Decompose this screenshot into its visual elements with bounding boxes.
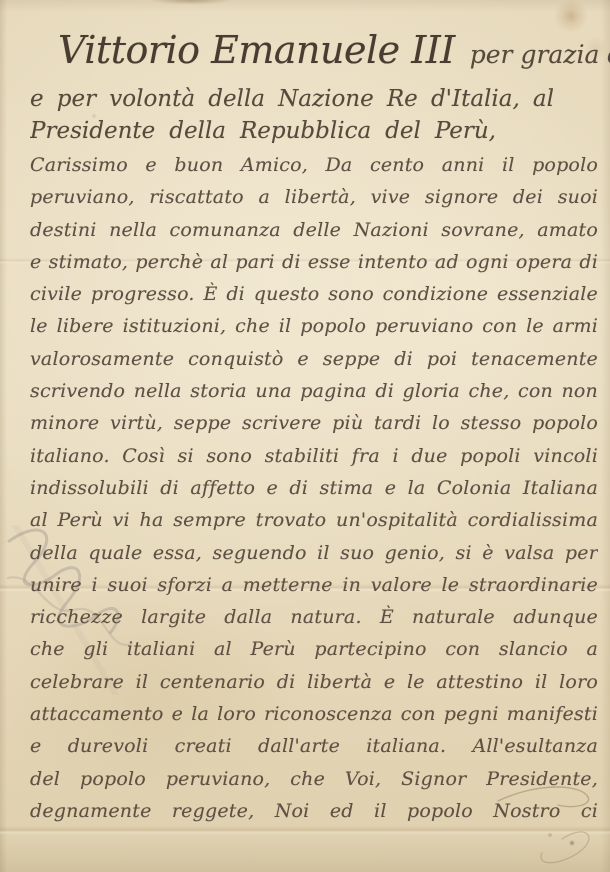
heading-line: Presidente della Repubblica del Perù, sa… bbox=[30, 116, 496, 148]
manuscript-line: indissolubili di affetto e di stima e la… bbox=[30, 472, 598, 504]
manuscript-line: che gli italiani al Perù partecipino con… bbox=[30, 633, 598, 665]
manuscript-line: attaccamento e la loro riconoscenza con … bbox=[30, 698, 598, 730]
manuscript-line: e stimato, perchè al pari di esse intent… bbox=[30, 246, 598, 278]
manuscript-line: e durevoli creati dall'arte italiana. Al… bbox=[30, 730, 598, 762]
manuscript-line: valorosamente conquistò e seppe di poi t… bbox=[30, 343, 598, 375]
letter-page: Vittorio Emanuele III per grazia di Dio … bbox=[0, 0, 610, 872]
manuscript-line: Carissimo e buon Amico, Da cento anni il… bbox=[30, 149, 598, 181]
manuscript-line: minore virtù, seppe scrivere più tardi l… bbox=[30, 407, 598, 439]
paper-tear-mark bbox=[148, 0, 234, 6]
manuscript-line: italiano. Così si sono stabiliti fra i d… bbox=[30, 440, 598, 472]
manuscript-line: del popolo peruviano, che Voi, Signor Pr… bbox=[30, 763, 598, 795]
heading: Vittorio Emanuele III per grazia di Dio bbox=[58, 28, 610, 72]
manuscript-line: civile progresso. È di questo sono condi… bbox=[30, 278, 598, 310]
fold-crease-lower bbox=[0, 826, 610, 835]
manuscript-line: le libere istituzioni, che il popolo per… bbox=[30, 310, 598, 342]
heading-title: Vittorio Emanuele III bbox=[58, 28, 455, 72]
manuscript-line: destini nella comunanza delle Nazioni so… bbox=[30, 214, 598, 246]
letter-body: Carissimo e buon Amico, Da cento anni il… bbox=[30, 149, 598, 827]
manuscript-line: ricchezze largite dalla natura. È natura… bbox=[30, 601, 598, 633]
manuscript-line: al Perù vi ha sempre trovato un'ospitali… bbox=[30, 504, 598, 536]
heading-line: e per volontà della Nazione Re d'Italia,… bbox=[30, 84, 554, 116]
manuscript-line: scrivendo nella storia una pagina di glo… bbox=[30, 375, 598, 407]
manuscript-line: peruviano, riscattato a libertà, vive si… bbox=[30, 181, 598, 213]
manuscript-line: celebrare il centenario di libertà e le … bbox=[30, 666, 598, 698]
manuscript-line: degnamente reggete, Noi ed il popolo Nos… bbox=[30, 795, 598, 827]
heading-grace-phrase: per grazia di Dio bbox=[470, 40, 610, 69]
manuscript-line: della quale essa, seguendo il suo genio,… bbox=[30, 537, 598, 569]
manuscript-line: unire i suoi sforzi a metterne in valore… bbox=[30, 569, 598, 601]
